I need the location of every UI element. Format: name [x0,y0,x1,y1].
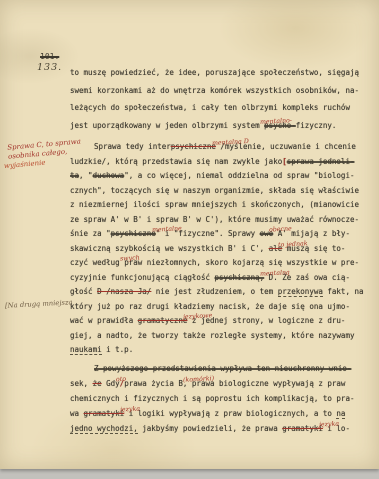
typed-line: głość D /nasza Ja/ nie jest złudzeniem, … [70,285,366,300]
typed-text: sek, [70,379,93,388]
struck-text: że [93,379,102,388]
typed-text: i logiki wypływają z praw biologicznych,… [124,409,336,418]
typed-line: czyć według swychpraw niezłomnych, skoro… [70,256,366,271]
paragraph: Sprawa tedy interpsychicznementalna D /m… [70,140,366,358]
typed-line: z niezmiernej ilości spraw mniejszych i … [70,198,366,213]
paragraph: Z powyższego przedstawienia wypływa ten … [70,361,366,436]
typed-text-body: to muszę powiedzieć, że idee, poruszając… [70,64,366,436]
scan-background: 101. 133. Sprawa C, to sprawa osobnika c… [0,0,379,479]
paragraph: to muszę powiedzieć, że idee, poruszając… [70,64,366,134]
struck-text: D /nasza Ja/ [97,287,151,296]
typed-text: praw niezłomnych, skoro kojarzą się wszy… [124,258,359,267]
typed-text: nie jest złudzeniem, o tem [151,287,277,296]
struck-text: psychiczną, [215,273,265,282]
typed-line: leżących do społeczeństwa, i cały ten ol… [70,99,366,117]
typed-text: ze spraw A' w B' i spraw B' w C'), które… [70,215,359,224]
typed-text: cznych", toczących się w naszym organizm… [70,186,359,195]
typed-line: swemi korzonkami aż do wnętrza komórek w… [70,82,366,100]
typed-line: wa gramatykijęzyka i logiki wypływają z … [70,406,366,421]
typed-line: ludzkie/, którą przedstawia się nam zwyk… [70,155,366,170]
typed-line: chemicznych i fizycznych i są poprostu i… [70,391,366,406]
typed-text: leżących do społeczeństwa, i cały ten ol… [70,103,350,112]
margin-note-pencil: [Na drugą mniejszą [5,298,75,310]
typed-text: wa [70,409,84,418]
handwritten-insertion: oto [116,377,126,384]
typed-line: sek, że Gdyoto/prawa życia B,(komórki) p… [70,376,366,391]
typed-text: cyzyjnie funkcjonującą ciągłość [70,273,215,282]
handwritten-insertion: języka [319,421,339,428]
typed-text: chemicznych i fizycznych i są poprostu i… [70,394,354,403]
typed-text: fizyczny. [296,121,337,130]
typed-line: jest uporządkowany w jeden olbrzymi syst… [70,117,366,135]
typed-text: głość [70,287,97,296]
struck-text: ta [70,171,79,180]
struck-text: gramatyki [282,424,323,433]
struck-text: sprawa jednoli- [287,157,355,166]
emphasized-text: na [336,409,345,419]
typed-text: śnie za " [70,229,111,238]
typed-text: ", a co więcej, niemal oddzielna od spra… [124,171,354,180]
typed-text: czyć według [70,258,124,267]
struck-text: duchowa [93,171,125,180]
typed-text: ludzkie/, którą przedstawia się nam zwyk… [70,157,282,166]
typed-text: , " [79,171,93,180]
typed-text: i t.p. [102,345,134,354]
typed-text: prawa życia B, [124,379,187,388]
typed-text: z niezmiernej ilości spraw mniejszych i … [70,200,359,209]
typed-line: ta, "duchowa", a co więcej, niemal oddzi… [70,169,366,184]
typed-line: naukami i t.p. [70,343,366,358]
struck-text: Z powyższego przedstawienia wypływa ten … [94,364,351,373]
page-number-new: 133. [37,62,62,73]
typed-text: który już po raz drugi kładziemy nacisk,… [70,302,350,311]
typed-line: ze spraw A' w B' i spraw B' w C'), które… [70,213,366,228]
typed-line: Z powyższego przedstawienia wypływa ten … [70,361,366,376]
struck-text: gramatyczne [138,316,188,325]
manuscript-page: 101. 133. Sprawa C, to sprawa osobnika c… [0,0,379,469]
typed-line: cyzyjnie funkcjonującą ciągłość psychicz… [70,271,366,286]
struck-text: psychiczne [111,229,156,238]
typed-text: skawiczną szybkością we wszystkich B' i … [70,244,269,253]
typed-line: giej, a nadto, że tworzy także rozległe … [70,329,366,344]
typed-text: swemi korzonkami aż do wnętrza komórek w… [70,86,359,95]
typed-line: jedno wychodzi, jakbyśmy powiedzieli, że… [70,421,366,436]
emphasized-text: jedno wychodzi, [70,424,138,434]
page-number-old: 101. [40,52,59,61]
typed-text: Sprawa tedy inter [94,142,171,151]
typed-line: Sprawa tedy interpsychicznementalna D /m… [70,140,366,155]
typed-line: wać w prawidła gramatycznejęzykowe z jed… [70,314,366,329]
typed-text: giej, a nadto, że tworzy także rozległe … [70,331,354,340]
typed-line: cznych", toczących się w naszym organizm… [70,184,366,199]
typed-text: to muszę powiedzieć, że idee, poruszając… [70,68,359,77]
emphasized-text: naukami [70,345,102,355]
typed-line: który już po raz drugi kładziemy nacisk,… [70,300,366,315]
emphasized-text: przekonywa [278,287,323,297]
struck-text: gramatyki [84,409,125,418]
handwritten-insertion: języka [120,406,140,413]
typed-line: śnie za "psychicznementalne" i "fizyczne… [70,227,366,242]
typed-line: skawiczną szybkością we wszystkich B' i … [70,242,366,257]
typed-text: wać w prawidła [70,316,138,325]
typed-line: to muszę powiedzieć, że idee, poruszając… [70,64,366,82]
struck-text: psychiczne [171,142,216,151]
typed-text: jakbyśmy powiedzieli, że prawa [138,424,283,433]
typed-text: jest uporządkowany w jeden olbrzymi syst… [70,121,264,130]
typed-text: fakt, na [323,287,364,296]
